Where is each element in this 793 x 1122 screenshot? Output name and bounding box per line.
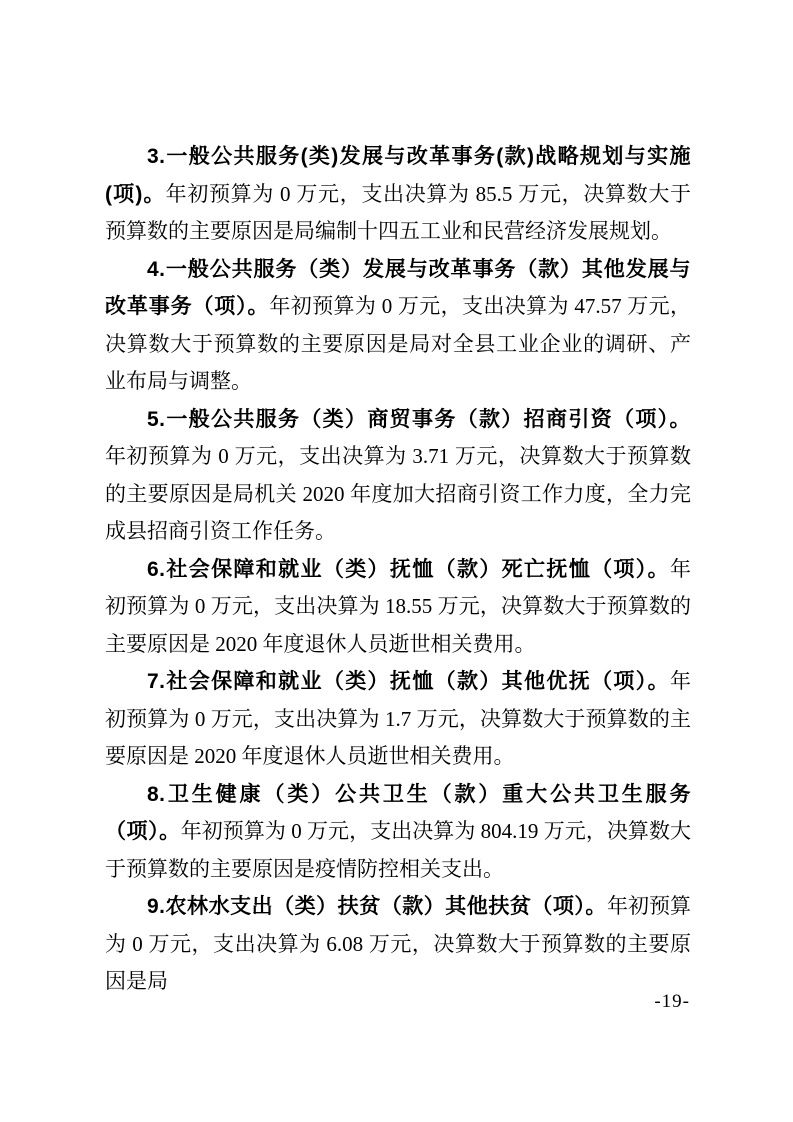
item-body: 年初预算为 0 万元，支出决算为 3.71 万元，决算数大于预算数的主要原因是局…	[105, 444, 691, 543]
budget-item-paragraph: 5.一般公共服务（类）商贸事务（款）招商引资（项）。年初预算为 0 万元，支出决…	[105, 401, 691, 551]
item-heading: 5.一般公共服务（类）商贸事务（款）招商引资（项）。	[147, 408, 691, 431]
paragraph-list: 3.一般公共服务(类)发展与改革事务(款)战略规划与实施(项)。年初预算为 0 …	[105, 138, 691, 1001]
budget-item-paragraph: 8.卫生健康（类）公共卫生（款）重大公共卫生服务（项）。年初预算为 0 万元，支…	[105, 776, 691, 889]
item-heading: 6.社会保障和就业（类）抚恤（款）死亡抚恤（项）。	[147, 558, 670, 581]
budget-item-paragraph: 6.社会保障和就业（类）抚恤（款）死亡抚恤（项）。年初预算为 0 万元，支出决算…	[105, 551, 691, 664]
item-heading: 9.农林水支出（类）扶贫（款）其他扶贫（项）。	[147, 895, 607, 918]
budget-item-paragraph: 9.农林水支出（类）扶贫（款）其他扶贫（项）。年初预算为 0 万元，支出决算为 …	[105, 888, 691, 1001]
budget-item-paragraph: 3.一般公共服务(类)发展与改革事务(款)战略规划与实施(项)。年初预算为 0 …	[105, 138, 691, 251]
page-number: -19-	[654, 991, 690, 1013]
document-page: 3.一般公共服务(类)发展与改革事务(款)战略规划与实施(项)。年初预算为 0 …	[0, 0, 793, 1122]
item-body: 年初预算为 0 万元，支出决算为 804.19 万元，决算数大于预算数的主要原因…	[105, 819, 691, 881]
budget-item-paragraph: 4.一般公共服务（类）发展与改革事务（款）其他发展与改革事务（项）。年初预算为 …	[105, 251, 691, 401]
item-heading: 7.社会保障和就业（类）抚恤（款）其他优抚（项）。	[147, 670, 670, 693]
item-body: 年初预算为 0 万元，支出决算为 85.5 万元，决算数大于预算数的主要原因是局…	[105, 182, 691, 244]
budget-item-paragraph: 7.社会保障和就业（类）抚恤（款）其他优抚（项）。年初预算为 0 万元，支出决算…	[105, 663, 691, 776]
